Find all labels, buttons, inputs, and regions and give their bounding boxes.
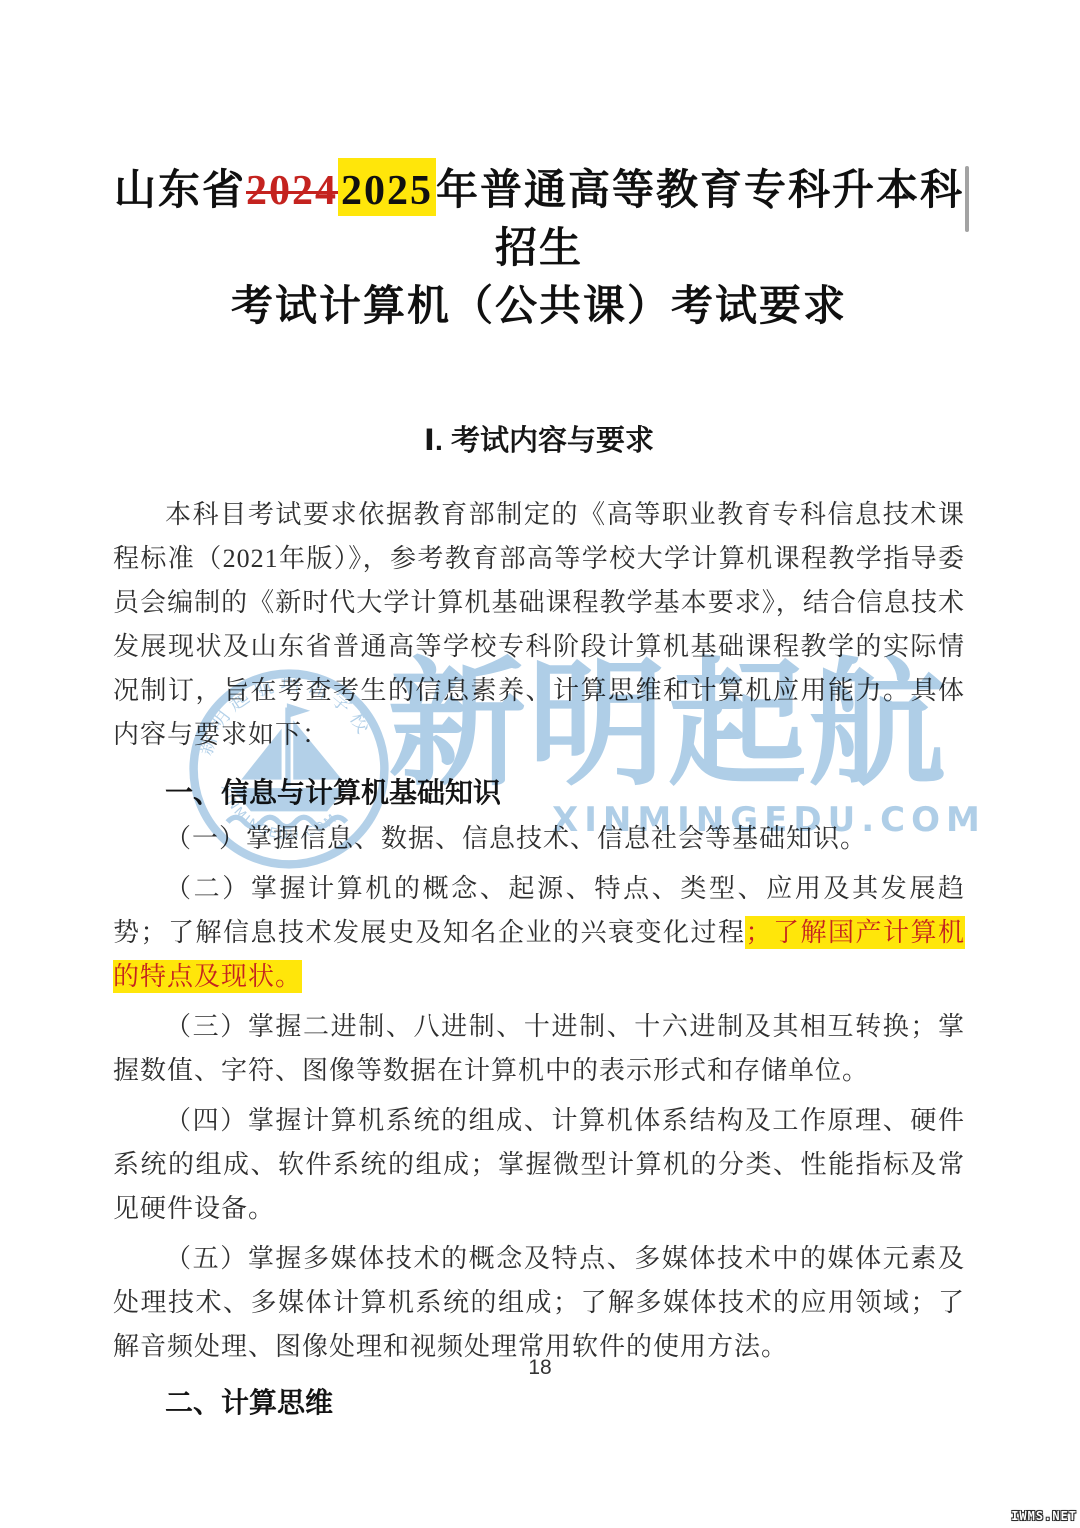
intro-paragraph: 本科目考试要求依据教育部制定的《高等职业教育专科信息技术课程标准（2021年版）… <box>113 493 965 757</box>
requirement-item: （二）掌握计算机的概念、起源、特点、类型、应用及其发展趋势；了解信息技术发展史及… <box>113 867 965 999</box>
requirement-list: （一）掌握信息、数据、信息技术、信息社会等基础知识。（二）掌握计算机的概念、起源… <box>113 817 965 1369</box>
document-page: 新明起航培训学校 XINMINGEDU.COM 新明起航 XINMINGEDU.… <box>0 0 1080 1528</box>
text-segment: （四）掌握计算机系统的组成、计算机体系结构及工作原理、硬件系统的组成、软件系统的… <box>113 1106 965 1223</box>
title-line-1: 山东省20242025年普通高等教育专科升本科招生 <box>114 158 964 272</box>
text-segment: 2025 <box>338 158 436 216</box>
requirement-item: （四）掌握计算机系统的组成、计算机体系结构及工作原理、硬件系统的组成、软件系统的… <box>113 1099 965 1231</box>
section-heading-exam-content: Ⅰ. 考试内容与要求 <box>113 418 965 459</box>
text-segment: 山东省 <box>114 168 246 214</box>
text-segment: （三）掌握二进制、八进制、十进制、十六进制及其相互转换；掌握数值、字符、图像等数… <box>113 1012 965 1085</box>
text-segment: 年普通高等教育专科升本科招生 <box>436 168 964 272</box>
text-segment: （一）掌握信息、数据、信息技术、信息社会等基础知识。 <box>165 824 867 853</box>
document-title: 山东省20242025年普通高等教育专科升本科招生 考试计算机（公共课）考试要求 <box>113 162 965 336</box>
page-number: 18 <box>0 1356 1080 1380</box>
title-line-2: 考试计算机（公共课）考试要求 <box>231 284 847 330</box>
corner-watermark: IWMS.NET <box>1011 1509 1077 1523</box>
heading-section-2: 二、计算思维 <box>113 1381 965 1421</box>
requirement-item: （一）掌握信息、数据、信息技术、信息社会等基础知识。 <box>113 817 965 861</box>
text-segment: 2024 <box>246 168 338 214</box>
requirement-item: （五）掌握多媒体技术的概念及特点、多媒体技术中的媒体元素及处理技术、多媒体计算机… <box>113 1237 965 1369</box>
heading-section-1: 一、信息与计算机基础知识 <box>113 771 965 811</box>
text-segment: （五）掌握多媒体技术的概念及特点、多媒体技术中的媒体元素及处理技术、多媒体计算机… <box>113 1244 965 1361</box>
scrollbar-thumb[interactable] <box>965 166 969 232</box>
requirement-item: （三）掌握二进制、八进制、十进制、十六进制及其相互转换；掌握数值、字符、图像等数… <box>113 1005 965 1093</box>
document-content: 山东省20242025年普通高等教育专科升本科招生 考试计算机（公共课）考试要求… <box>0 0 1080 1421</box>
